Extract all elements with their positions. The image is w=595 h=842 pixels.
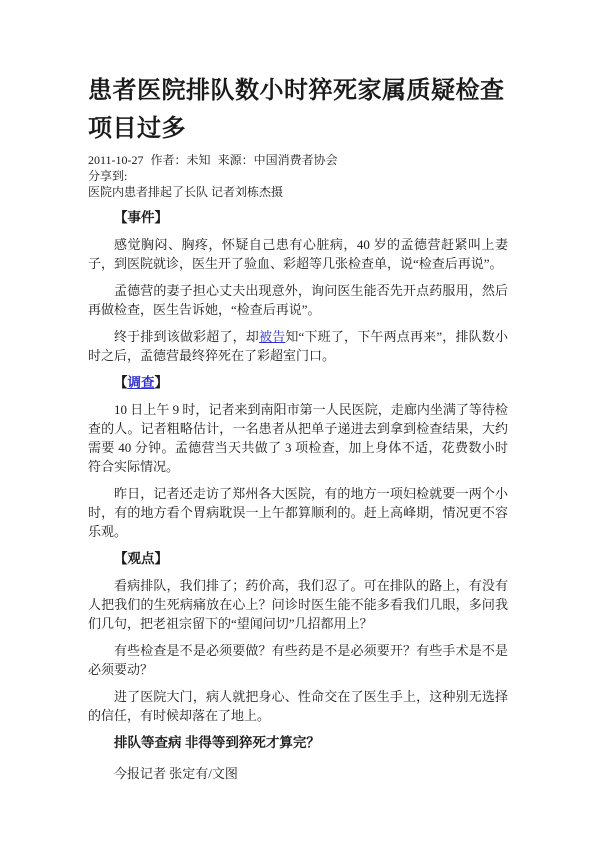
article-meta: 2011-10-27作者：未知来源：中国消费者协会	[88, 152, 508, 168]
paragraph-opinion-trust: 进了医院大门，病人就把身心、性命交在了医生手上，这种别无选择的信任，有时候却落在…	[88, 687, 508, 725]
paragraph-opinion-necessity: 有些检查是不是必须要做？有些药是不是必须要开？有些手术是不是必须要动？	[88, 641, 508, 679]
bracket-open: 【	[114, 210, 128, 225]
share-label: 分享到:	[88, 168, 508, 184]
section-opinion-label: 观点	[128, 551, 155, 566]
section-header-event: 【事件】	[88, 208, 508, 227]
paragraph-sudden-death: 终于排到该做彩超了，却被告知“下班了，下午两点再来”，排队数小时之后，孟德营最终…	[88, 327, 508, 365]
inline-link-beigao[interactable]: 被告	[259, 329, 285, 344]
section-header-survey: 【调查】	[88, 373, 508, 392]
paragraph-symptoms: 感觉胸闷、胸疼，怀疑自己患有心脏病，40 岁的孟德营赶紧叫上妻子，到医院就诊，医…	[88, 235, 508, 273]
bracket-close: 】	[155, 551, 169, 566]
paragraph-wife-request: 孟德营的妻子担心丈夫出现意外，询问医生能否先开点药服用，然后再做检查，医生告诉她…	[88, 281, 508, 319]
section-event-label: 事件	[128, 210, 155, 225]
bracket-open: 【	[114, 551, 128, 566]
paragraph-text-pre: 终于排到该做彩超了，却	[114, 329, 259, 344]
article-title: 患者医院排队数小时猝死家属质疑检查项目过多	[88, 72, 508, 148]
paragraph-zhengzhou-hospitals: 昨日，记者还走访了郑州各大医院，有的地方一项妇检就要一两个小时，有的地方看个胃病…	[88, 484, 508, 541]
section-header-opinion: 【观点】	[88, 549, 508, 568]
document-page: 患者医院排队数小时猝死家属质疑检查项目过多 2011-10-27作者：未知来源：…	[0, 0, 595, 842]
publish-date: 2011-10-27	[88, 153, 144, 167]
paragraph-hospital-visit: 10 日上午 9 时，记者来到南阳市第一人民医院，走廊内坐满了等待检查的人。记者…	[88, 400, 508, 476]
author-label: 作者：未知	[151, 153, 211, 167]
reporter-byline: 今报记者 张定有/文图	[88, 764, 508, 783]
paragraph-opinion-queue: 看病排队，我们排了；药价高，我们忍了。可在排队的路上，有没有人把我们的生死病痛放…	[88, 576, 508, 633]
photo-caption: 医院内患者排起了长队 记者刘栋杰摄	[88, 184, 508, 200]
bracket-open: 【	[114, 375, 128, 390]
bracket-close: 】	[155, 210, 169, 225]
bold-subheadline: 排队等查病 非得等到猝死才算完？	[88, 733, 508, 752]
source-label: 来源：中国消费者协会	[218, 153, 338, 167]
section-link-survey[interactable]: 调查	[128, 375, 155, 390]
bracket-close: 】	[155, 375, 169, 390]
